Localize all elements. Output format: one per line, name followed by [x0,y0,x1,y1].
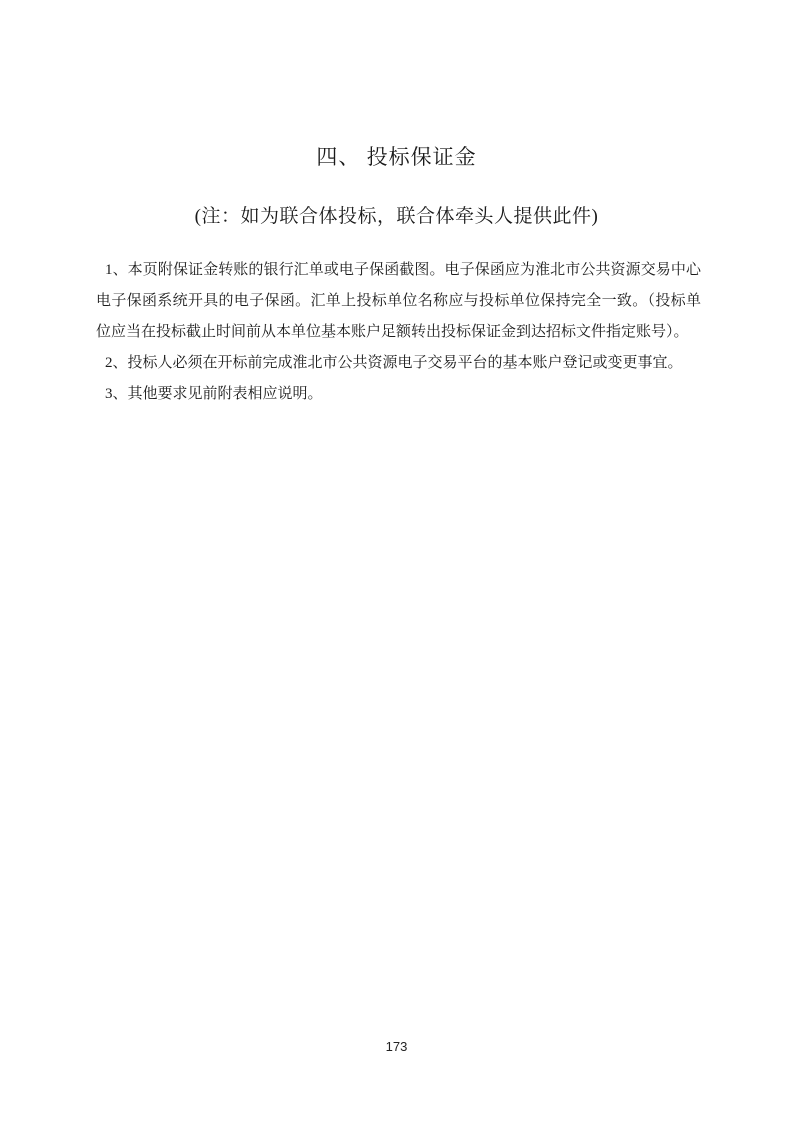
note-item-2: 2、投标人必须在开标前完成淮北市公共资源电子交易平台的基本账户登记或变更事宜。 [96,348,701,379]
note-item-3: 3、其他要求见前附表相应说明。 [96,379,701,410]
document-page: 四、 投标保证金 (注：如为联合体投标，联合体牵头人提供此件) 1、本页附保证金… [0,0,793,1122]
note-item-1: 1、本页附保证金转账的银行汇单或电子保函截图。电子保函应为淮北市公共资源交易中心… [96,255,701,348]
page-title: 四、 投标保证金 [0,0,793,171]
page-footer: 173 [0,1039,793,1054]
page-number: 173 [386,1039,408,1054]
page-subtitle: (注：如为联合体投标，联合体牵头人提供此件) [0,171,793,228]
notes-section: 1、本页附保证金转账的银行汇单或电子保函截图。电子保函应为淮北市公共资源交易中心… [96,255,701,410]
